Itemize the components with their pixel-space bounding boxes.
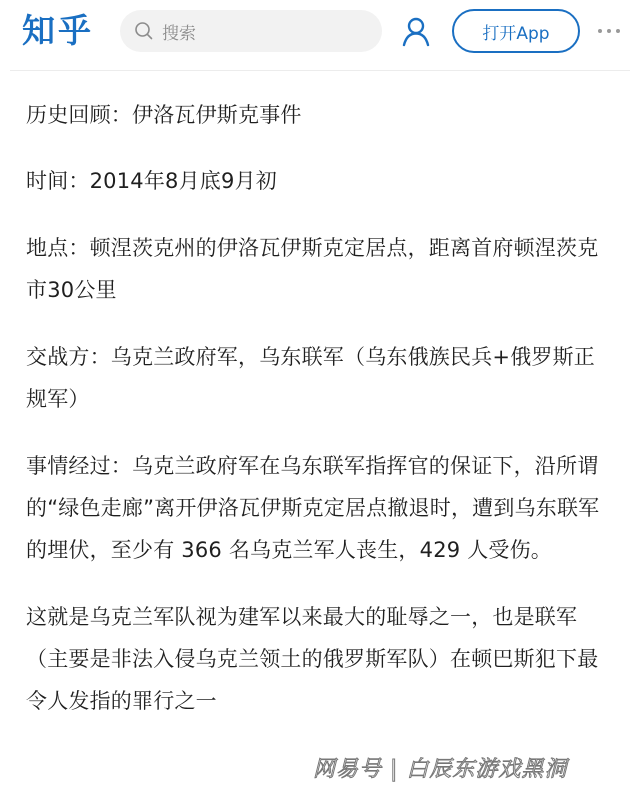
more-dot — [598, 29, 602, 33]
watermark: 网易号 | 白辰东游戏黑洞 — [313, 752, 567, 783]
search-placeholder: 搜索 — [162, 19, 196, 44]
article-paragraph-events: 事情经过：乌克兰政府军在乌东联军指挥官的保证下，沿所谓的“绿色走廊”离开伊洛瓦伊… — [26, 445, 616, 571]
more-dot — [607, 29, 611, 33]
open-app-button[interactable]: 打开App — [452, 9, 580, 53]
article-paragraph-location: 地点：顿涅茨克州的伊洛瓦伊斯克定居点，距离首府顿涅茨克市30公里 — [26, 227, 616, 311]
more-icon[interactable] — [598, 29, 620, 33]
article-paragraph-time: 时间：2014年8月底9月初 — [26, 160, 616, 202]
article-body: 历史回顾：伊洛瓦伊斯克事件 时间：2014年8月底9月初 地点：顿涅茨克州的伊洛… — [26, 94, 616, 747]
zhihu-logo[interactable]: 知乎 — [22, 14, 116, 47]
search-icon — [134, 21, 154, 41]
more-dot — [616, 29, 620, 33]
article-paragraph-conclusion: 这就是乌克兰军队视为建军以来最大的耻辱之一，也是联军（主要是非法入侵乌克兰领土的… — [26, 596, 616, 722]
search-input[interactable]: 搜索 — [120, 10, 382, 52]
article-paragraph-belligerents: 交战方：乌克兰政府军，乌东联军（乌东俄族民兵+俄罗斯正规军） — [26, 336, 616, 420]
user-icon[interactable] — [400, 15, 432, 47]
top-nav-bar: 知乎 搜索 打开App — [0, 0, 640, 66]
header-divider — [10, 70, 630, 71]
article-paragraph-title: 历史回顾：伊洛瓦伊斯克事件 — [26, 94, 616, 136]
